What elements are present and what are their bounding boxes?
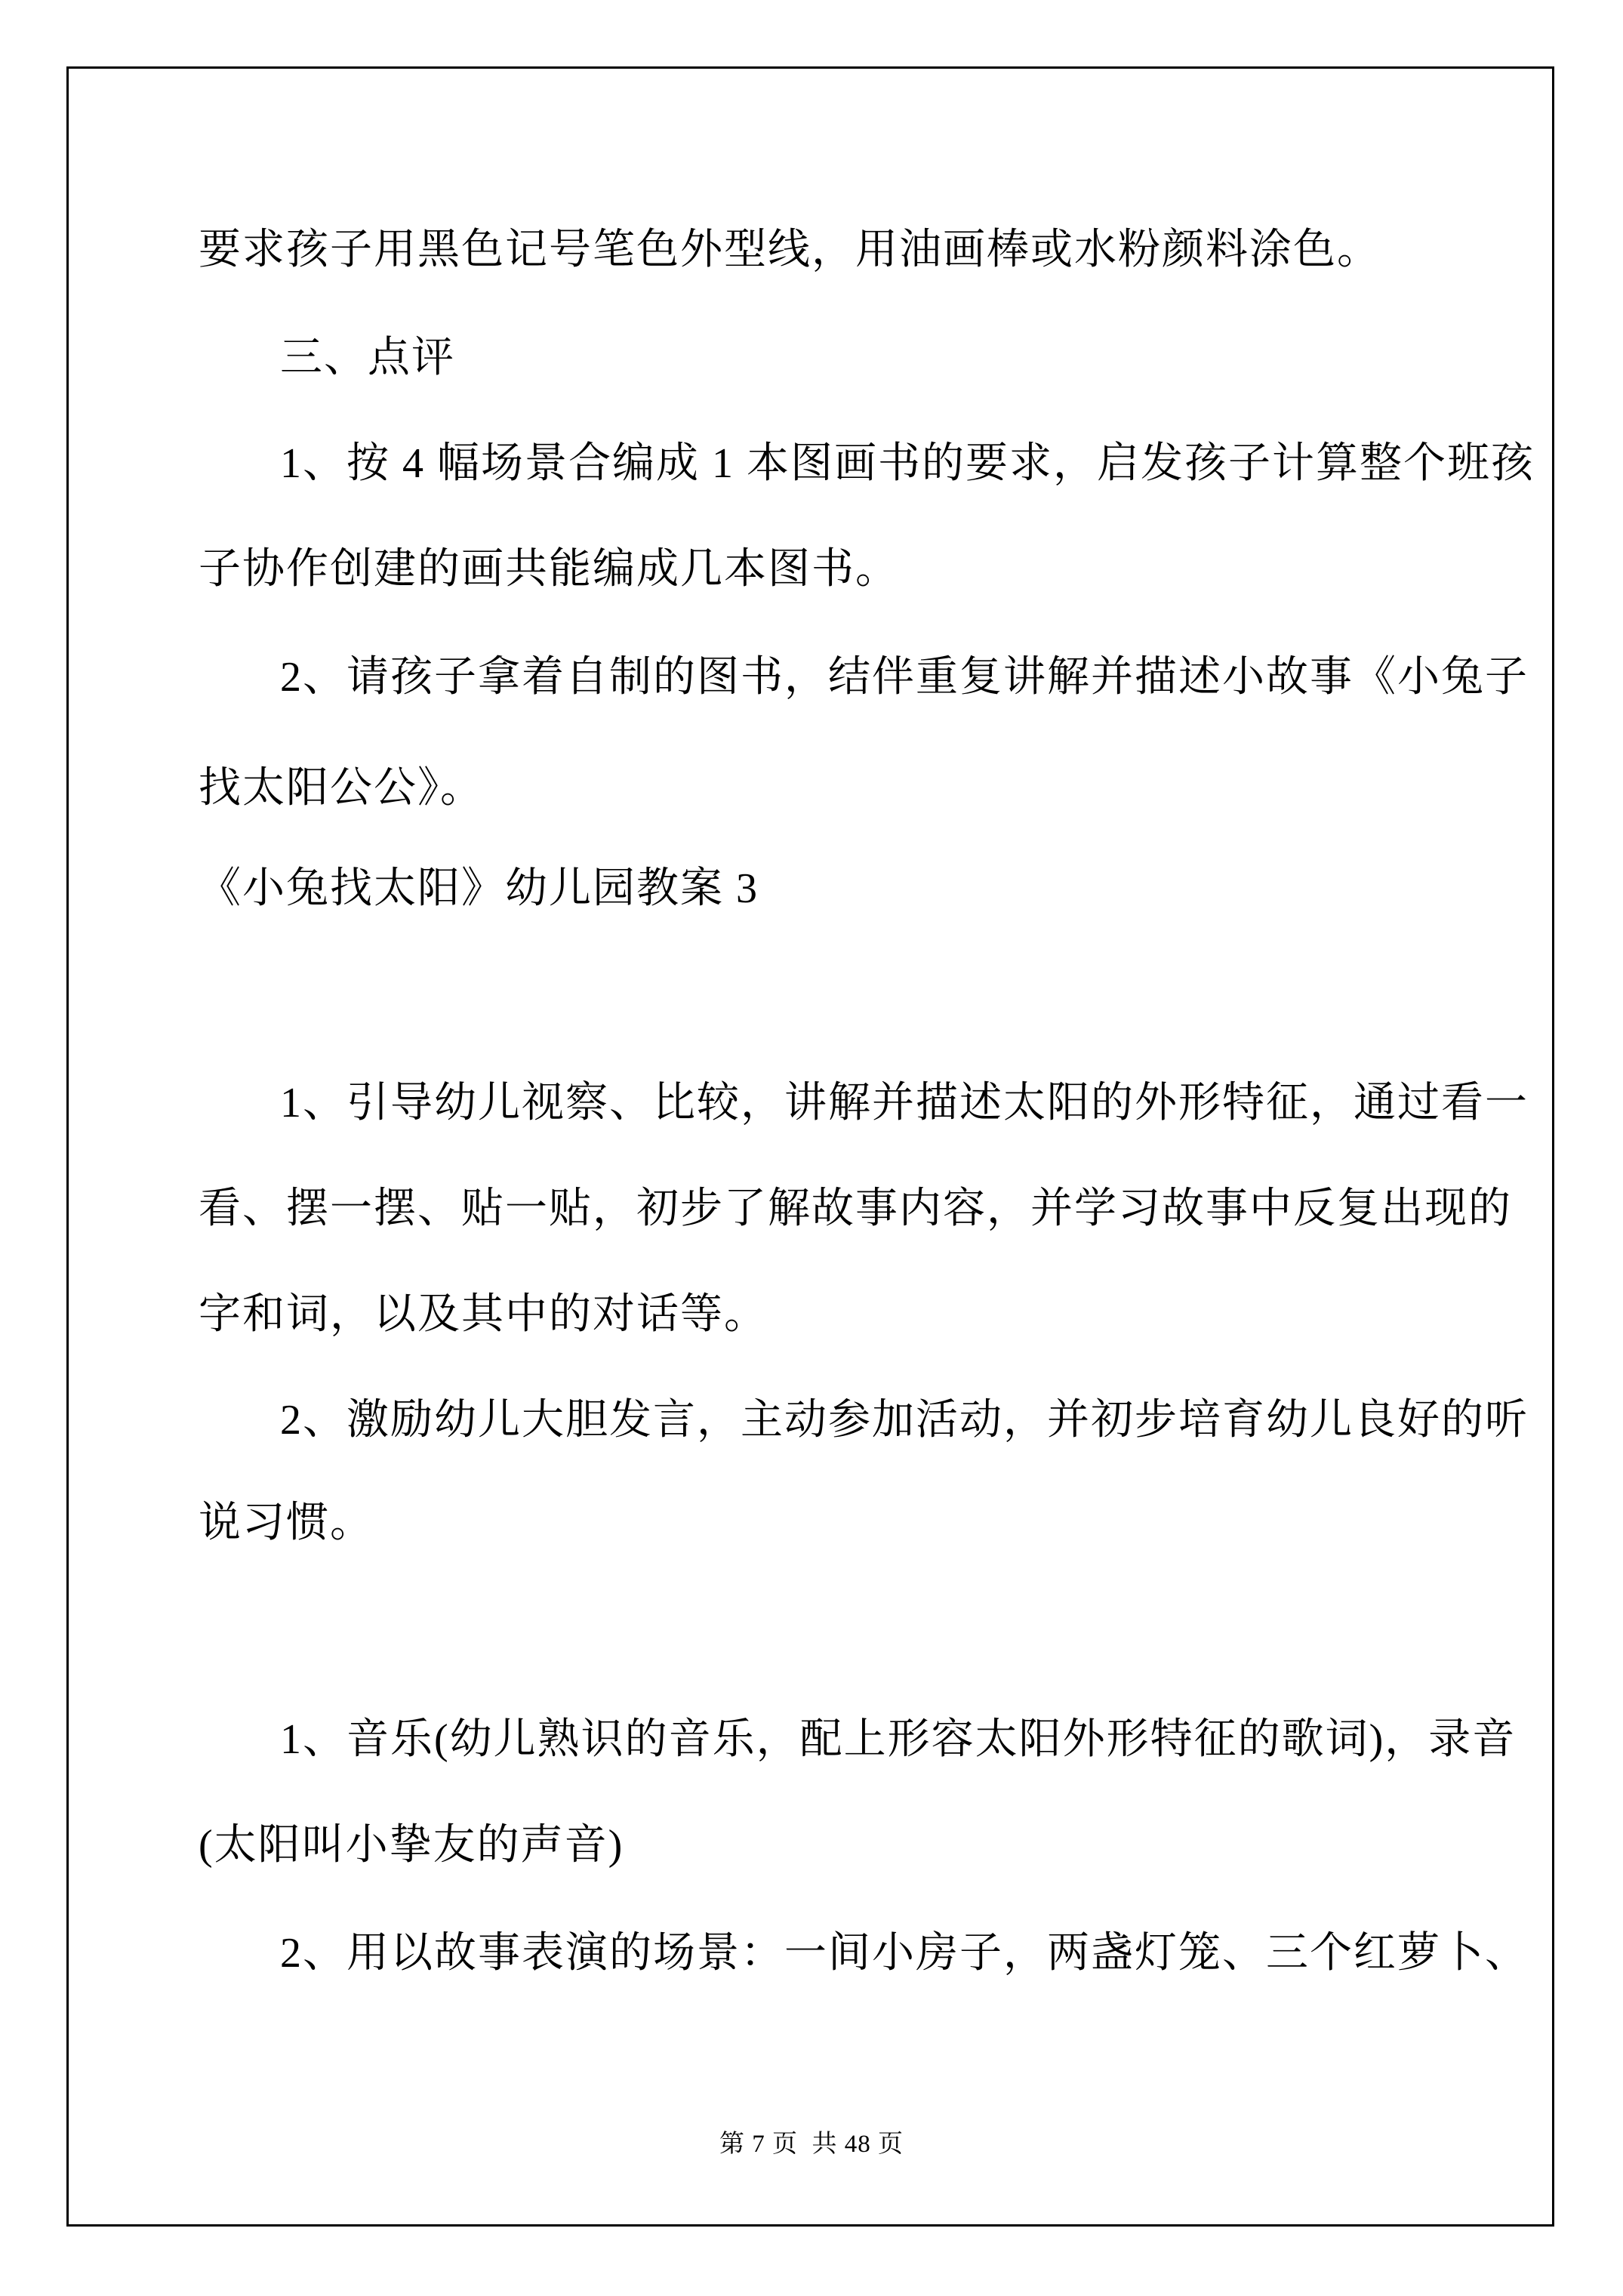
text-line-7-lesson-title: 《小兔找太阳》幼儿园教案 3 [199,868,759,910]
text-line-2-section-heading: 三、点评 [280,337,455,379]
text-line-14: (太阳叫小挚友的声音) [199,1824,624,1866]
text-line-8: 1、引导幼儿视察、比较，讲解并描述太阳的外形特征，通过看一 [280,1082,1529,1124]
text-line-9: 看、摆一摆、贴一贴，初步了解故事内容，并学习故事中反复出现的 [199,1188,1512,1230]
text-line-13: 1、音乐(幼儿熟识的音乐，配上形容太阳外形特征的歌词)，录音 [280,1718,1516,1761]
text-line-12: 说习惯。 [199,1502,374,1544]
text-line-4: 子协作创建的画共能编成几本图书。 [199,548,899,590]
page-number-footer: 第 7 页 共 48 页 [0,2129,1623,2159]
page-border-frame [66,66,1554,2227]
text-line-5: 2、请孩子拿着自制的图书，结伴重复讲解并描述小故事《小兔子 [280,656,1529,698]
text-line-6: 找太阳公公》。 [199,767,484,809]
text-line-11: 2、激励幼儿大胆发言，主动参加活动，并初步培育幼儿良好的听 [280,1399,1529,1441]
text-line-1: 要求孩子用黑色记号笔色外型线，用油画棒或水粉颜料涂色。 [199,229,1381,271]
document-page: 要求孩子用黑色记号笔色外型线，用油画棒或水粉颜料涂色。 三、点评 1、按 4 幅… [0,0,1623,2296]
text-line-3: 1、按 4 幅场景合编成 1 本图画书的要求，启发孩子计算整个班孩 [280,442,1535,485]
text-line-10: 字和词，以及其中的对话等。 [199,1293,768,1336]
text-line-15: 2、用以故事表演的场景：一间小房子，两盏灯笼、三个红萝卜、 [280,1932,1529,1974]
